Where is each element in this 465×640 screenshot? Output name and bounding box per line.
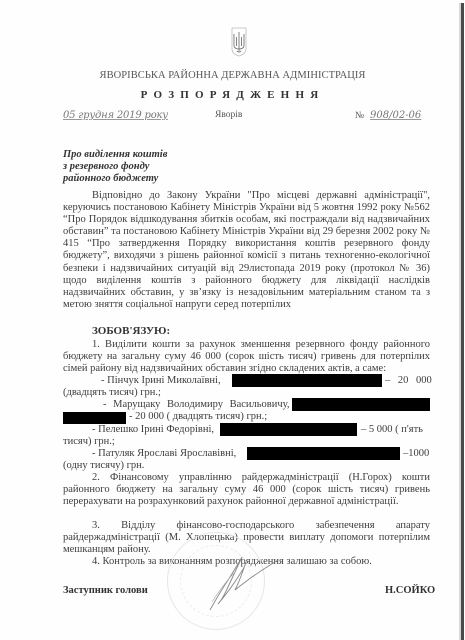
handwritten-date: 05 грудня 2019 року bbox=[63, 110, 168, 121]
decree-word: ЗОБОВ'ЯЗУЮ: bbox=[92, 325, 170, 337]
signatory-name: Н.СОЙКО bbox=[385, 585, 435, 596]
redaction-box bbox=[232, 374, 382, 387]
title-line-2: з резервного фонду bbox=[63, 161, 167, 173]
recipient-4-amount: –1000 bbox=[403, 448, 429, 459]
document-page: ЯВОРІВСЬКА РАЙОННА ДЕРЖАВНА АДМІНІСТРАЦІ… bbox=[0, 0, 465, 640]
handwritten-signature-icon bbox=[190, 552, 280, 612]
recipient-2-amount: - 20 000 ( двадцять тисяч) грн.; bbox=[129, 411, 267, 422]
item-1-paragraph: 1. Виділити кошти за рахунок зменшення р… bbox=[63, 339, 430, 375]
organization-name: ЯВОРІВСЬКА РАЙОННА ДЕРЖАВНА АДМІНІСТРАЦІ… bbox=[0, 70, 465, 81]
number-label: № bbox=[355, 111, 364, 121]
signatory-role: Заступник голови bbox=[63, 585, 148, 596]
recipient-3-name: - Пелешко Ірині Федорівні, bbox=[92, 424, 214, 435]
title-line-3: районного бюджету bbox=[63, 173, 167, 185]
recipient-1-name: - Пінчук Ірині Миколаївні, bbox=[101, 375, 221, 386]
title-line-1: Про виділення коштів bbox=[63, 149, 167, 161]
redaction-box bbox=[247, 447, 400, 460]
recipient-3-amount-words: тисяч) грн.; bbox=[63, 436, 115, 447]
recipient-1-amount-words: (двадцять тисяч) грн.; bbox=[63, 387, 161, 398]
document-title: Про виділення коштів з резервного фонду … bbox=[63, 149, 167, 185]
document-type: РОЗПОРЯДЖЕННЯ bbox=[0, 89, 465, 101]
handwritten-number: 908/02-06 bbox=[370, 110, 421, 121]
recipient-4-name: - Патуляк Ярославі Ярославівні, bbox=[92, 448, 236, 459]
item-2-paragraph: 2. Фінансовому управлінню райдержадмініс… bbox=[63, 472, 430, 508]
trident-emblem-icon bbox=[231, 27, 247, 57]
redaction-box bbox=[63, 412, 126, 424]
preamble-paragraph: Відповідно до Закону України "Про місцев… bbox=[63, 190, 430, 311]
place-of-issue: Яворів bbox=[215, 110, 242, 120]
recipient-4-amount-words: (одну тисячу) грн. bbox=[63, 460, 144, 471]
recipient-1-amount: – 20 000 bbox=[385, 375, 432, 386]
recipient-3-amount: – 5 000 ( п'ять bbox=[361, 424, 423, 435]
recipient-2-name: - Марущаку Володимиру Васильовичу, bbox=[103, 399, 289, 410]
redaction-box bbox=[220, 423, 357, 436]
redaction-box bbox=[292, 398, 430, 411]
